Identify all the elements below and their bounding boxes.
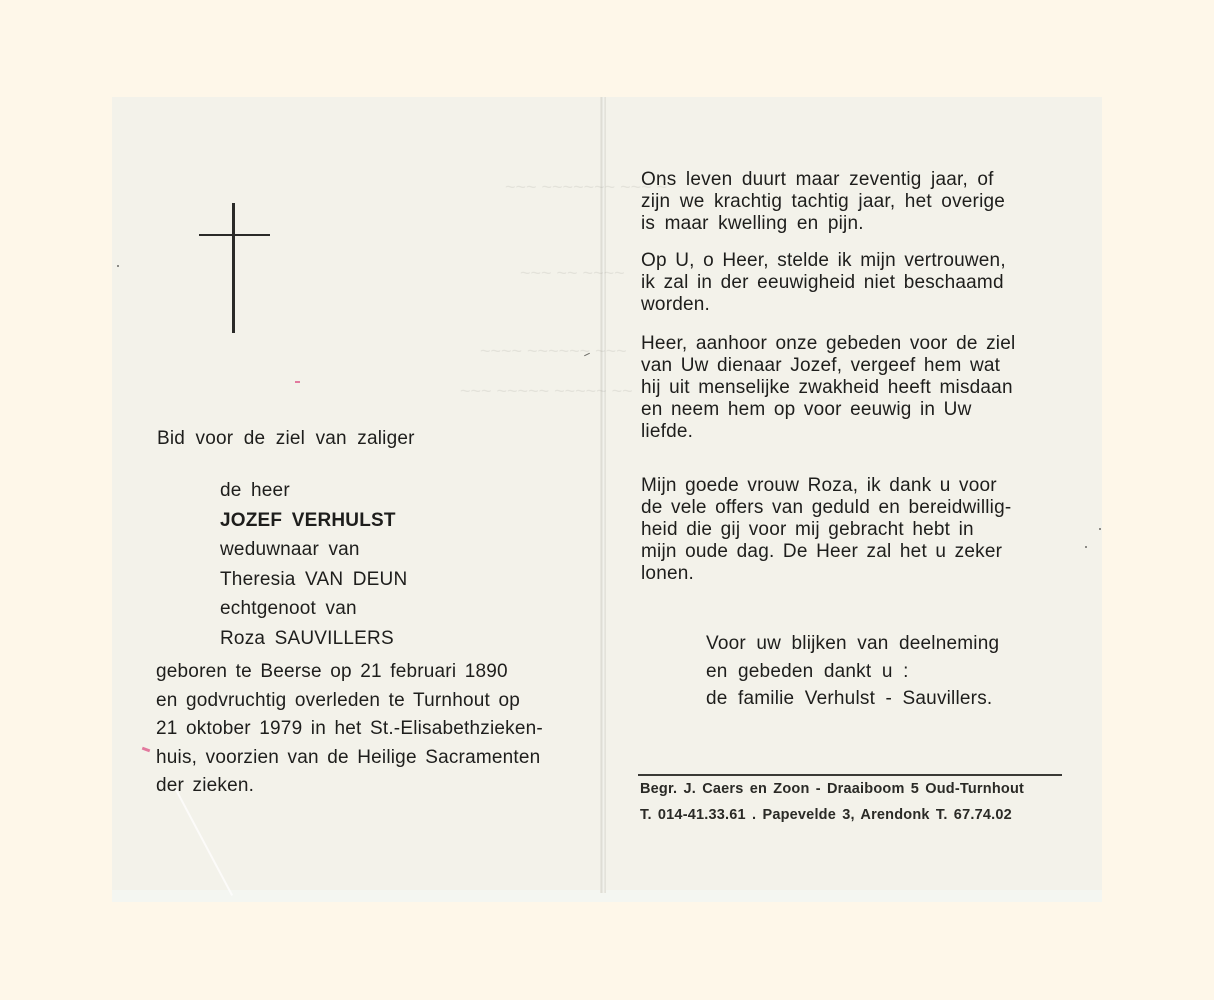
printer-imprint-line: T. 014-41.33.61 . Papevelde 3, Arendonk … (640, 807, 1012, 823)
prayer-line: heid die gij voor mij gebracht hebt in (641, 519, 1011, 541)
prayer-paragraph: Mijn goede vrouw Roza, ik dank u voor de… (641, 475, 1011, 585)
scan-speck (1099, 528, 1101, 530)
prayer-paragraph: Ons leven duurt maar zeventig jaar, of z… (641, 169, 1005, 235)
prayer-intro: Bid voor de ziel van zaliger (157, 428, 415, 450)
prayer-line: de vele offers van geduld en bereidwilli… (641, 497, 1011, 519)
bio-line: en godvruchtig overleden te Turnhout op (156, 687, 543, 716)
prayer-line: mijn oude dag. De Heer zal het u zeker (641, 541, 1011, 563)
prayer-line: van Uw dienaar Jozef, vergeef hem wat (641, 355, 1015, 377)
prayer-line: Mijn goede vrouw Roza, ik dank u voor (641, 475, 1011, 497)
prayer-line: liefde. (641, 421, 1015, 443)
prayer-line: hij uit menselijke zwakheid heeft misdaa… (641, 377, 1015, 399)
title-line: de heer (220, 476, 407, 506)
bio-line: der zieken. (156, 772, 543, 801)
prayer-paragraph: Heer, aanhoor onze gebeden voor de ziel … (641, 333, 1015, 443)
prayer-line: zijn we krachtig tachtig jaar, het overi… (641, 191, 1005, 213)
prayer-line: worden. (641, 294, 1006, 316)
card-fold-line (600, 97, 606, 893)
prayer-line: Ons leven duurt maar zeventig jaar, of (641, 169, 1005, 191)
thanks-line: Voor uw blijken van deelneming (706, 630, 999, 658)
thanks-block: Voor uw blijken van deelneming en gebede… (706, 630, 999, 713)
bio-line: geboren te Beerse op 21 februari 1890 (156, 658, 543, 687)
prayer-line: Op U, o Heer, stelde ik mijn vertrouwen, (641, 250, 1006, 272)
imprint-divider (638, 774, 1062, 776)
thanks-line: en gebeden dankt u : (706, 658, 999, 686)
biography-block: geboren te Beerse op 21 februari 1890 en… (156, 658, 543, 801)
prayer-line: is maar kwelling en pijn. (641, 213, 1005, 235)
first-spouse-name: Theresia VAN DEUN (220, 565, 407, 595)
prayer-line: lonen. (641, 563, 1011, 585)
prayer-line: Heer, aanhoor onze gebeden voor de ziel (641, 333, 1015, 355)
scan-speck (117, 265, 119, 267)
printer-imprint-line: Begr. J. Caers en Zoon - Draaiboom 5 Oud… (640, 781, 1024, 797)
prayer-line: ik zal in der eeuwigheid niet beschaamd (641, 272, 1006, 294)
prayer-line: en neem hem op voor eeuwig in Uw (641, 399, 1015, 421)
show-through-text: ~~~ ~~~~~ ~~~~~ ~~ (460, 380, 633, 402)
thanks-line: de familie Verhulst - Sauvillers. (706, 685, 999, 713)
scan-mark (295, 381, 300, 383)
relation-line: weduwnaar van (220, 535, 407, 565)
scan-speck (1085, 546, 1087, 548)
show-through-text: ~~~ ~~ ~~~~ (520, 262, 625, 284)
scan-edge-strip (112, 890, 1102, 902)
bio-line: 21 oktober 1979 in het St.-Elisabethziek… (156, 715, 543, 744)
prayer-paragraph: Op U, o Heer, stelde ik mijn vertrouwen,… (641, 250, 1006, 316)
second-spouse-name: Roza SAUVILLERS (220, 624, 407, 654)
show-through-text: ~~~~ ~~~~~~ ~~~ (480, 340, 627, 362)
relation-line: echtgenoot van (220, 594, 407, 624)
deceased-name: JOZEF VERHULST (220, 506, 407, 536)
deceased-names-block: de heer JOZEF VERHULST weduwnaar van The… (220, 476, 407, 654)
bio-line: huis, voorzien van de Heilige Sacramente… (156, 744, 543, 773)
